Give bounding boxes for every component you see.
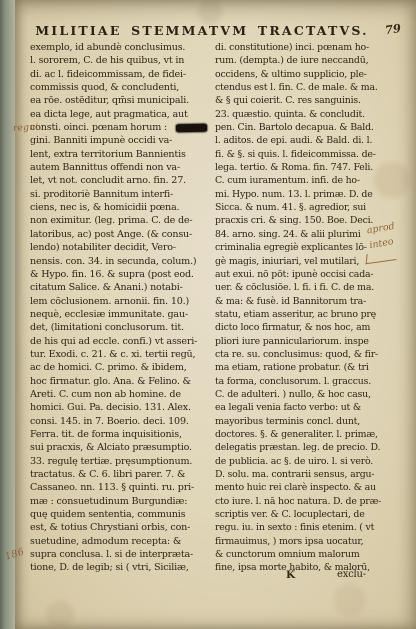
text-line: lega. tertio. & Roma. fin. 747. Feli. <box>215 161 375 174</box>
text-line: tractatus. & C. 6. libri parer. 7. & <box>30 468 214 481</box>
text-line: criminalia egregiè explicantes lō- <box>215 241 375 254</box>
text-line: consi. 145. in 7. Boerio. deci. 109. <box>30 415 214 428</box>
text-line: ma etiam, ratione probatur. (& tri <box>215 361 375 374</box>
text-line: non eximitur. (leg. prima. C. de de- <box>30 214 214 227</box>
text-line: ac de homici. C. primo. & ibidem, <box>30 361 214 374</box>
text-line: si. proditoriè Bannitum interfi- <box>30 188 214 201</box>
text-line: lendo) notabiliter decidit, Vero- <box>30 241 214 254</box>
text-line: quę quidem sententia, communis <box>30 508 214 521</box>
gathering-signature: K <box>286 569 295 581</box>
text-line: di. constitutione) inci. pœnam ho- <box>215 41 375 54</box>
text-line: lem cōclusionem. arnonii. fin. 10.) <box>30 295 214 308</box>
text-line: Ferra. tit. de forma inquisitionis, <box>30 428 214 441</box>
text-line: & cunctorum omnium malorum <box>215 548 375 561</box>
text-line: cto iure. l. nā hoc natura. D. de præ- <box>215 495 375 508</box>
text-line: nensis. con. 34. in secunda, colum.) <box>30 255 214 268</box>
text-line: & ma: & fusè. id Bannitorum tra- <box>215 295 375 308</box>
text-line: commissis quod, & concludenti, <box>30 81 214 94</box>
text-line: l. aditos. de epi. audi. & Bald. di. l. <box>215 134 375 147</box>
text-line: nequè, ecclesiæ immunitate. gau- <box>30 308 214 321</box>
text-line: doctores. §. & generaliter. l. primæ, <box>215 428 375 441</box>
text-line: ea dicta lege, aut pragmatica, aut <box>30 108 214 121</box>
catchword: exclu- <box>337 569 366 580</box>
right-text-column: di. constitutione) inci. pœnam ho-rum. (… <box>215 41 375 575</box>
text-line: autem Bannittus offendi non va- <box>30 161 214 174</box>
text-line: & Hypo. fin. 16. & supra (post eod. <box>30 268 214 281</box>
text-line: 33. regulę tertiæ. pręsumptionum. <box>30 455 214 468</box>
text-line: lent, extra territorium Bannientis <box>30 148 214 161</box>
text-line: pracxis cri. & sing. 150. Boe. Deci. <box>215 214 375 227</box>
text-line: ea legali venia facto verbo: ut & <box>215 401 375 414</box>
text-line: delegatis præstan. leg. de precio. D. <box>215 441 375 454</box>
text-line: D. solu. ma. contrarii sensus, argu- <box>215 468 375 481</box>
text-line: sui pracxis, & Alciato præsumptio. <box>30 441 214 454</box>
text-line: di. ac l. fideicommissam, de fidei- <box>30 68 214 81</box>
text-line: gè magis, iniuriari, vel mutilari, <box>215 255 375 268</box>
text-line: dicto loco firmatur, & nos hoc, am <box>215 321 375 334</box>
text-line: tione, D. de legib; si ( vtri, Siciliæ, <box>30 561 214 574</box>
text-line: ciens, nec is, & homicidii pœna. <box>30 201 214 214</box>
text-line: & § qui coierit. C. res sanguinis. <box>215 94 375 107</box>
text-line: ea rōe. ostēditur, qm̄si municipali. <box>30 94 214 107</box>
page-number: 79 <box>384 21 402 37</box>
text-line: 23. quæstio. quinta. & concludit. <box>215 108 375 121</box>
book-edge-strip <box>0 0 15 629</box>
handwritten-note-right: aprod inteo <box>366 219 399 253</box>
text-line: det, (limitationi conclusorum. tit. <box>30 321 214 334</box>
text-line: aut exui. nō pōt: ipunè occisi cada- <box>215 268 375 281</box>
text-line: pen. Cin. Bartolo decapua. & Bald. <box>215 121 375 134</box>
text-line: scriptis ver. & C. locuplectari, de <box>215 508 375 521</box>
text-line: exemplo, id abundè conclusimus. <box>30 41 214 54</box>
text-line: citatum Salice. & Anani.) notabi- <box>30 281 214 294</box>
text-line: hoc firmatur. glo. Ana. & Felino. & <box>30 375 214 388</box>
text-line: mi. Hypo. num. 13. l. primæ. D. de <box>215 188 375 201</box>
text-line: gini. Banniti impunè occidi va- <box>30 134 214 147</box>
text-line: ta forma, conclusorum. l. graccus. <box>215 375 375 388</box>
text-line: mæ : consuetudinum Burgundiæ: <box>30 495 214 508</box>
text-line: pliori iure panniculariorum. inspe <box>215 335 375 348</box>
inked-out-word <box>176 124 207 133</box>
text-line: de his qui ad eccle. confi.) vt asseri- <box>30 335 214 348</box>
handwritten-note-left-top: regni. <box>13 122 42 134</box>
text-line: cta re. su. conclusimus: quod, & fir- <box>215 348 375 361</box>
text-line: regu. iu. in sexto : finis etenim. ( vt <box>215 521 375 534</box>
text-line: occidens, & ultimo supplicio, ple- <box>215 68 375 81</box>
text-line: let, vt not. concludit arno. fin. 27. <box>30 174 214 187</box>
running-title: MILITIAE STEMMATVM TRACTATVS. <box>26 23 378 38</box>
scanned-book-page: MILITIAE STEMMATVM TRACTATVS. 79 exemplo… <box>0 0 416 629</box>
text-line: Sicca. & num. 41. §. agredior, sui <box>215 201 375 214</box>
text-line: Areti. C. cum non ab homine. de <box>30 388 214 401</box>
text-line: C. cum iuramentum. infi. de ho- <box>215 174 375 187</box>
text-line: firmauimus, ) mors ipsa uocatur, <box>215 535 375 548</box>
text-line: fi. & §. si quis. l. fideicommissa. de- <box>215 148 375 161</box>
text-line: latoribus, ac) post Ange. (& consu- <box>30 228 214 241</box>
text-line: homici. Gui. Pa. decisio. 131. Alex. <box>30 401 214 414</box>
text-line: supra conclusa. l. si de interpræta- <box>30 548 214 561</box>
text-line: 84. arno. sing. 24. & alii plurimi <box>215 228 375 241</box>
text-line: suetudine, admodum recepta: & <box>30 535 214 548</box>
text-line: statu, etiam asseritur, ac bruno prę <box>215 308 375 321</box>
text-line: ctendus est l. fin. C. de male. & ma. <box>215 81 375 94</box>
text-line: mento huic rei clarè inspecto. & au <box>215 481 375 494</box>
text-line: rum. (dempta.) de iure neccandū, <box>215 54 375 67</box>
text-line: C. de adulteri. ) nullo, & hoc casu, <box>215 388 375 401</box>
text-line: Cassaneo. nn. 113. § quinti. ru. pri- <box>30 481 214 494</box>
text-line: tur. Exodi. c. 21. & c. xi. tertii regū, <box>30 348 214 361</box>
text-line: uer. & cōclusiōe. l. fi. i fi. C. de ma. <box>215 281 375 294</box>
text-line: de publicia. ac §. de uiro. l. si verò. <box>215 455 375 468</box>
left-text-column: exemplo, id abundè conclusimus.l. sorore… <box>30 41 214 575</box>
text-line: mayoribus terminis concl. dunt, <box>215 415 375 428</box>
text-line: l. sororem, C. de his quibus, vt in <box>30 54 214 67</box>
text-line: est, & totius Chrystiani orbis, con- <box>30 521 214 534</box>
